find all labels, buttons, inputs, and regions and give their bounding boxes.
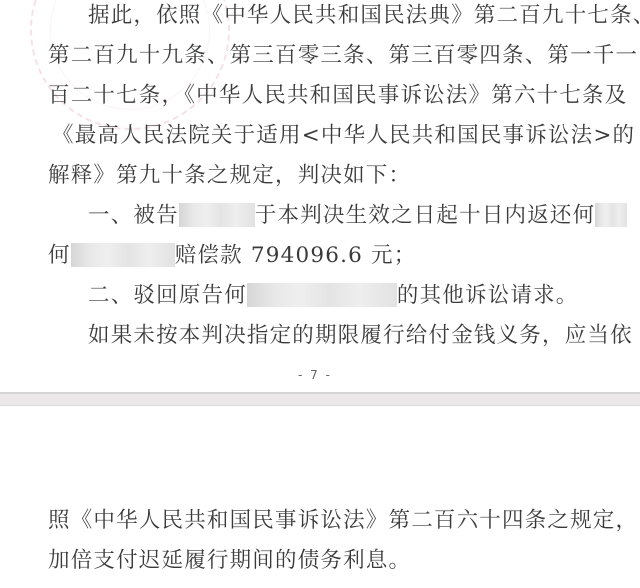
text-line-2: 第二百九十九条、第三百零三条、第三百零四条、第一千一 — [48, 43, 638, 69]
text-line-5: 解释》第九十条之规定，判决如下： — [48, 163, 411, 189]
judgment-item-1-middle: 于本判决生效之日起十日内返还何 — [255, 203, 596, 228]
judgment-item-1: 一、被告于本判决生效之日起十日内返还何 — [88, 203, 627, 229]
judgment-item-1-line-2: 何赔偿款 794096.6 元； — [48, 243, 416, 269]
redacted-defendant-name — [179, 203, 255, 227]
page-8-line-1: 照《中华人民共和国民事诉讼法》第二百六十四条之规定， — [48, 508, 638, 534]
judgment-item-1-line2-prefix: 何 — [48, 243, 71, 268]
page-number: - 7 - — [298, 368, 332, 382]
judgment-item-2: 二、驳回原告何的其他诉讼请求。 — [88, 283, 579, 309]
text-line-4: 《最高人民法院关于适用<中华人民共和国民事诉讼法>的 — [52, 123, 635, 149]
judgment-item-1-prefix: 一、被告 — [88, 203, 179, 228]
page-8-line-2: 加倍支付迟延履行期间的债务利息。 — [48, 548, 411, 574]
redacted-plaintiff-full-name — [247, 283, 397, 307]
judgment-item-2-prefix: 二、驳回原告何 — [88, 283, 247, 308]
text-line-3: 百二十七条，《中华人民共和国民事诉讼法》第六十七条及 — [48, 83, 627, 109]
document-page-8: 照《中华人民共和国民事诉讼法》第二百六十四条之规定， 加倍支付迟延履行期间的债务… — [0, 406, 640, 588]
document-page-7: 据此，依照《中华人民共和国民法典》第二百九十七条、 第二百九十九条、第三百零三条… — [0, 0, 640, 392]
page-break-divider — [0, 392, 640, 406]
text-line-1: 据此，依照《中华人民共和国民法典》第二百九十七条、 — [88, 3, 640, 29]
redacted-plaintiff-name — [71, 243, 175, 267]
judgment-item-1-amount: 赔偿款 794096.6 元； — [175, 243, 417, 268]
judgment-item-2-suffix: 的其他诉讼请求。 — [397, 283, 579, 308]
redacted-plaintiff-name-part — [595, 203, 627, 227]
closing-line: 如果未按本判决指定的期限履行给付金钱义务，应当依 — [88, 323, 633, 349]
